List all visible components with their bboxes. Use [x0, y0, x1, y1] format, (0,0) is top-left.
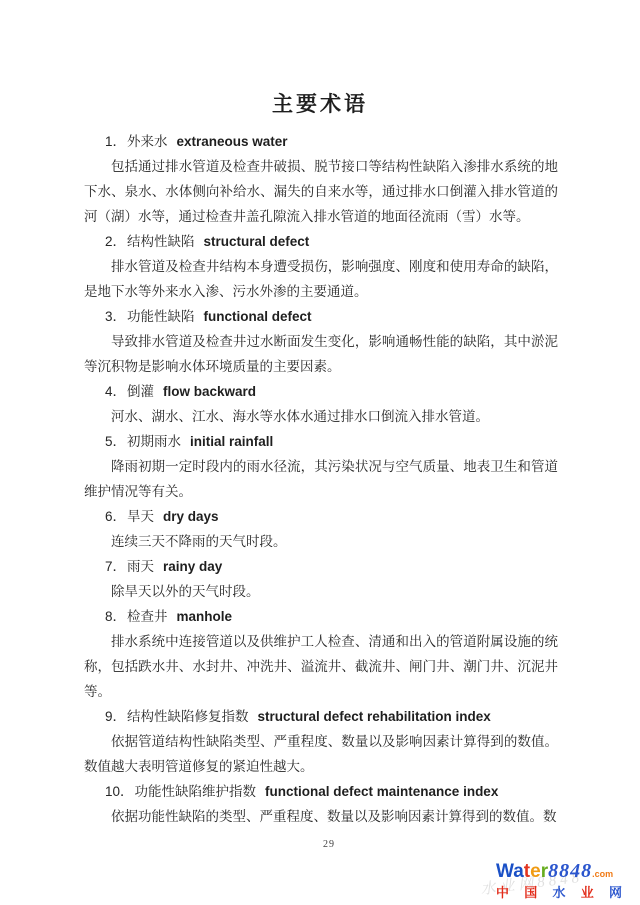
term-definition: 降雨初期一定时段内的雨水径流，其污染状况与空气质量、地表卫生和管道维护情况等有关… [84, 454, 558, 504]
term-item: 1．外来水extraneous water 包括通过排水管道及检查井破损、脱节接… [84, 129, 558, 229]
term-item: 2．结构性缺陷structural defect 排水管道及检查井结构本身遭受损… [84, 229, 558, 304]
term-name-en: initial rainfall [190, 434, 273, 449]
term-name-zh: 功能性缺陷维护指数 [135, 784, 257, 799]
term-heading: 5．初期雨水initial rainfall [84, 429, 558, 454]
term-number: 6． [105, 509, 126, 524]
term-heading: 2．结构性缺陷structural defect [84, 229, 558, 254]
water8848-wordmark: Water8848.com [496, 861, 628, 884]
site-name-char: 网 [609, 885, 622, 900]
term-definition: 连续三天不降雨的天气时段。 [84, 529, 558, 554]
page-number: 29 [9, 839, 640, 850]
brand-segment: e [530, 862, 541, 882]
term-heading: 6．旱天dry days [84, 504, 558, 529]
term-name-zh: 结构性缺陷修复指数 [127, 709, 249, 724]
term-number: 2． [105, 234, 126, 249]
term-number: 1． [105, 134, 126, 149]
term-name-zh: 旱天 [127, 509, 154, 524]
brand-segment: 8848 [548, 861, 592, 881]
term-heading: 3．功能性缺陷functional defect [84, 304, 558, 329]
term-name-en: manhole [177, 609, 233, 624]
term-number: 4． [105, 384, 126, 399]
site-name-char: 业 [581, 885, 594, 900]
term-number: 9． [105, 709, 126, 724]
term-name-en: extraneous water [177, 134, 288, 149]
term-definition: 除旱天以外的天气时段。 [84, 579, 558, 604]
document-page: 主要术语 1．外来水extraneous water 包括通过排水管道及检查井破… [0, 0, 640, 905]
term-item: 3．功能性缺陷functional defect 导致排水管道及检查井过水断面发… [84, 304, 558, 379]
term-name-zh: 雨天 [127, 559, 154, 574]
term-heading: 1．外来水extraneous water [84, 129, 558, 154]
term-item: 10．功能性缺陷维护指数functional defect maintenanc… [84, 779, 558, 829]
term-definition: 排水管道及检查井结构本身遭受损伤，影响强度、刚度和使用寿命的缺陷，是地下水等外来… [84, 254, 558, 304]
term-item: 4．倒灌flow backward 河水、湖水、江水、海水等水体水通过排水口倒流… [84, 379, 558, 429]
page-title: 主要术语 [0, 91, 640, 118]
brand-segment: r [541, 862, 548, 882]
term-definition: 导致排水管道及检查井过水断面发生变化，影响通畅性能的缺陷，其中淤泥等沉积物是影响… [84, 329, 558, 379]
term-name-zh: 初期雨水 [127, 434, 181, 449]
term-number: 8． [105, 609, 126, 624]
term-item: 6．旱天dry days 连续三天不降雨的天气时段。 [84, 504, 558, 554]
term-definition: 依据管道结构性缺陷类型、严重程度、数量以及影响因素计算得到的数值。数值越大表明管… [84, 729, 558, 779]
term-name-en: rainy day [163, 559, 222, 574]
term-name-zh: 倒灌 [127, 384, 154, 399]
term-number: 5． [105, 434, 126, 449]
term-item: 8．检查井manhole 排水系统中连接管道以及供维护工人检查、清通和出入的管道… [84, 604, 558, 704]
term-item: 9．结构性缺陷修复指数structural defect rehabilitat… [84, 704, 558, 779]
term-heading: 10．功能性缺陷维护指数functional defect maintenanc… [84, 779, 558, 804]
term-name-zh: 结构性缺陷 [127, 234, 195, 249]
site-name-char: 水 [552, 885, 565, 900]
term-definition: 排水系统中连接管道以及供维护工人检查、清通和出入的管道附属设施的统称，包括跌水井… [84, 629, 558, 704]
term-name-zh: 检查井 [127, 609, 168, 624]
terms-list: 1．外来水extraneous water 包括通过排水管道及检查井破损、脱节接… [84, 129, 558, 829]
site-name-char: 中 [496, 885, 509, 900]
brand-segment: .com [592, 864, 613, 884]
term-heading: 8．检查井manhole [84, 604, 558, 629]
term-number: 3． [105, 309, 126, 324]
term-heading: 7．雨天rainy day [84, 554, 558, 579]
term-name-zh: 外来水 [127, 134, 168, 149]
term-definition: 河水、湖水、江水、海水等水体水通过排水口倒流入排水管道。 [84, 404, 558, 429]
term-number: 10． [105, 784, 134, 799]
term-name-en: functional defect maintenance index [265, 784, 498, 799]
term-heading: 4．倒灌flow backward [84, 379, 558, 404]
term-definition: 依据功能性缺陷的类型、严重程度、数量以及影响因素计算得到的数值。数 [84, 804, 558, 829]
term-name-en: functional defect [204, 309, 312, 324]
term-definition: 包括通过排水管道及检查井破损、脱节接口等结构性缺陷入渗排水系统的地下水、泉水、水… [84, 154, 558, 229]
term-item: 5．初期雨水initial rainfall 降雨初期一定时段内的雨水径流，其污… [84, 429, 558, 504]
brand-segment: Wa [496, 862, 524, 882]
term-name-zh: 功能性缺陷 [127, 309, 195, 324]
term-name-en: structural defect [204, 234, 310, 249]
term-heading: 9．结构性缺陷修复指数structural defect rehabilitat… [84, 704, 558, 729]
water8848-logo: 水业网8848 Water8848.com 中国水业网 [496, 861, 628, 900]
term-name-en: structural defect rehabilitation index [258, 709, 491, 724]
term-item: 7．雨天rainy day 除旱天以外的天气时段。 [84, 554, 558, 604]
site-name-char: 国 [524, 885, 537, 900]
term-name-en: dry days [163, 509, 219, 524]
china-water-site-name: 中国水业网 [496, 885, 622, 900]
term-name-en: flow backward [163, 384, 256, 399]
term-number: 7． [105, 559, 126, 574]
